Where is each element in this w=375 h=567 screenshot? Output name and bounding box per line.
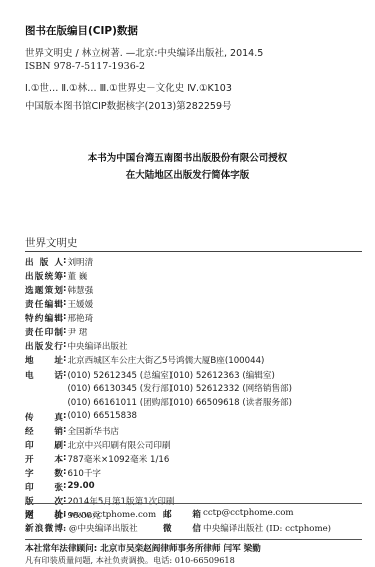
spec-row-word-count: 字数: 610千字 bbox=[25, 467, 101, 479]
phone-value: (010) 66509618 (读者服务部) bbox=[170, 396, 292, 408]
credit-label: 特约编辑 bbox=[25, 312, 63, 324]
credit-row-distributor: 出版发行: 中央编译出版社 bbox=[25, 340, 128, 352]
contact-row-web: 网址: www.cctphome.com 邮箱 cctp@cctphome.co… bbox=[25, 508, 156, 520]
credit-label: 出版发行 bbox=[25, 340, 63, 352]
credit-label: 选题策划 bbox=[25, 284, 63, 296]
email-label: 邮箱 bbox=[163, 508, 201, 520]
cip-record-number: 中国版本图书馆CIP数据核字(2013)第282259号 bbox=[25, 98, 232, 112]
credit-value: 尹 珺 bbox=[67, 326, 87, 338]
weibo-label: 新浪微博 bbox=[25, 522, 63, 534]
license-line-2: 在大陆地区出版发行简体字版 bbox=[0, 167, 375, 181]
phone-value: (010) 52612363 (编辑室) bbox=[170, 369, 275, 381]
spec-label: 经销 bbox=[25, 425, 63, 437]
credit-label: 责任编辑 bbox=[25, 298, 63, 310]
legal-counsel: 本社常年法律顾问: 北京市吴栾赵阎律师事务所律师 闫军 梁勤 bbox=[25, 542, 261, 554]
credit-row-address: 地址: 北京西城区车公庄大街乙5号鸿儒大厦B座(100044) bbox=[25, 354, 264, 366]
title-divider bbox=[25, 251, 362, 252]
phone-value: (010) 52612332 (网络销售部) bbox=[170, 382, 292, 394]
phone-value: (010) 52612345 (总编室) bbox=[67, 369, 172, 381]
spec-value: (010) 66515838 bbox=[67, 411, 137, 423]
email-link[interactable]: cctp@cctphome.com bbox=[203, 508, 294, 518]
phone-label: 电话 bbox=[25, 369, 63, 381]
license-line-1: 本书为中国台湾五南图书出版股份有限公司授权 bbox=[0, 150, 375, 164]
website-label: 网址 bbox=[25, 508, 63, 520]
credit-label: 责任印制 bbox=[25, 326, 63, 338]
spec-row-fax: 传真: (010) 66515838 bbox=[25, 411, 137, 423]
credit-label: 出版人 bbox=[25, 256, 63, 268]
credit-value: 董 巍 bbox=[67, 270, 87, 282]
spec-label: 版次 bbox=[25, 495, 63, 507]
spec-value: 29.00 bbox=[67, 481, 94, 493]
website-link[interactable]: www.cctphome.com bbox=[69, 510, 156, 520]
credit-value: 刘明清 bbox=[67, 256, 93, 268]
cip-isbn: ISBN 978-7-5117-1936-2 bbox=[25, 61, 145, 72]
credit-label: 地址 bbox=[25, 354, 63, 366]
contact-row-social: 新浪微博: @中央编译出版社 微信 中央编译出版社 (ID: cctphome) bbox=[25, 522, 138, 534]
spec-row-format: 开本: 787毫米×1092毫米 1/16 bbox=[25, 453, 169, 465]
spec-value: 全国新华书店 bbox=[67, 425, 119, 437]
credit-value: 王媛媛 bbox=[67, 298, 93, 310]
spec-label: 传真 bbox=[25, 411, 63, 423]
credit-row-coordinator: 出版统筹: 董 巍 bbox=[25, 270, 87, 282]
quality-notice: 凡有印装质量问题, 本社负责调换。电话: 010-66509618 bbox=[25, 555, 235, 566]
credit-row-publisher: 出版人: 刘明清 bbox=[25, 256, 93, 268]
credit-value: 中央编译出版社 bbox=[67, 340, 127, 352]
spec-value: 2014年5月第1版第1次印刷 bbox=[67, 495, 174, 507]
weibo-account: @中央编译出版社 bbox=[69, 524, 138, 534]
wechat-label: 微信 bbox=[163, 522, 201, 534]
spec-label: 开本 bbox=[25, 453, 63, 465]
phone-row-1: 电话: (010) 52612345 (总编室) (010) 52612363 … bbox=[25, 369, 172, 381]
credit-row-planner: 选题策划: 韩慧强 bbox=[25, 284, 93, 296]
cip-classification: Ⅰ.①世… Ⅱ.①林… Ⅲ.①世界史－文化史 Ⅳ.①K103 bbox=[25, 80, 232, 94]
credit-row-printing-supervisor: 责任印制: 尹 珺 bbox=[25, 326, 87, 338]
phone-row-3: : (010) 66161011 (团购部) (010) 66509618 (读… bbox=[25, 396, 172, 408]
spec-row-distribution: 经销: 全国新华书店 bbox=[25, 425, 119, 437]
spec-row-printer: 印刷: 北京中兴印刷有限公司印刷 bbox=[25, 439, 171, 451]
spec-value: 787毫米×1092毫米 1/16 bbox=[67, 453, 169, 465]
credit-value: 北京西城区车公庄大街乙5号鸿儒大厦B座(100044) bbox=[67, 354, 264, 366]
contact-top-divider bbox=[25, 503, 362, 504]
spec-label: 字数 bbox=[25, 467, 63, 479]
legal-divider bbox=[25, 539, 362, 540]
spec-value: 北京中兴印刷有限公司印刷 bbox=[67, 439, 170, 451]
phone-value: (010) 66130345 (发行部) bbox=[67, 382, 172, 394]
credit-value: 韩慧强 bbox=[67, 284, 93, 296]
wechat-account: 中央编译出版社 (ID: cctphome) bbox=[203, 522, 331, 534]
cip-heading: 图书在版编目(CIP)数据 bbox=[25, 23, 138, 38]
spec-row-sheets: 印张: 29.00 bbox=[25, 481, 95, 493]
credit-row-special-editor: 特约编辑: 邢艳琦 bbox=[25, 312, 93, 324]
spec-value: 610千字 bbox=[67, 467, 101, 479]
credit-row-editor: 责任编辑: 王媛媛 bbox=[25, 298, 93, 310]
phone-row-2: : (010) 66130345 (发行部) (010) 52612332 (网… bbox=[25, 382, 172, 394]
spec-label: 印刷 bbox=[25, 439, 63, 451]
credit-value: 邢艳琦 bbox=[67, 312, 93, 324]
book-title: 世界文明史 bbox=[25, 235, 78, 250]
credit-label: 出版统筹 bbox=[25, 270, 63, 282]
spec-label: 印张 bbox=[25, 481, 63, 493]
phone-value: (010) 66161011 (团购部) bbox=[67, 396, 172, 408]
cip-bibliographic-line: 世界文明史 / 林立树著. —北京:中央编译出版社, 2014.5 bbox=[25, 45, 263, 59]
spec-row-edition: 版次: 2014年5月第1版第1次印刷 bbox=[25, 495, 174, 507]
